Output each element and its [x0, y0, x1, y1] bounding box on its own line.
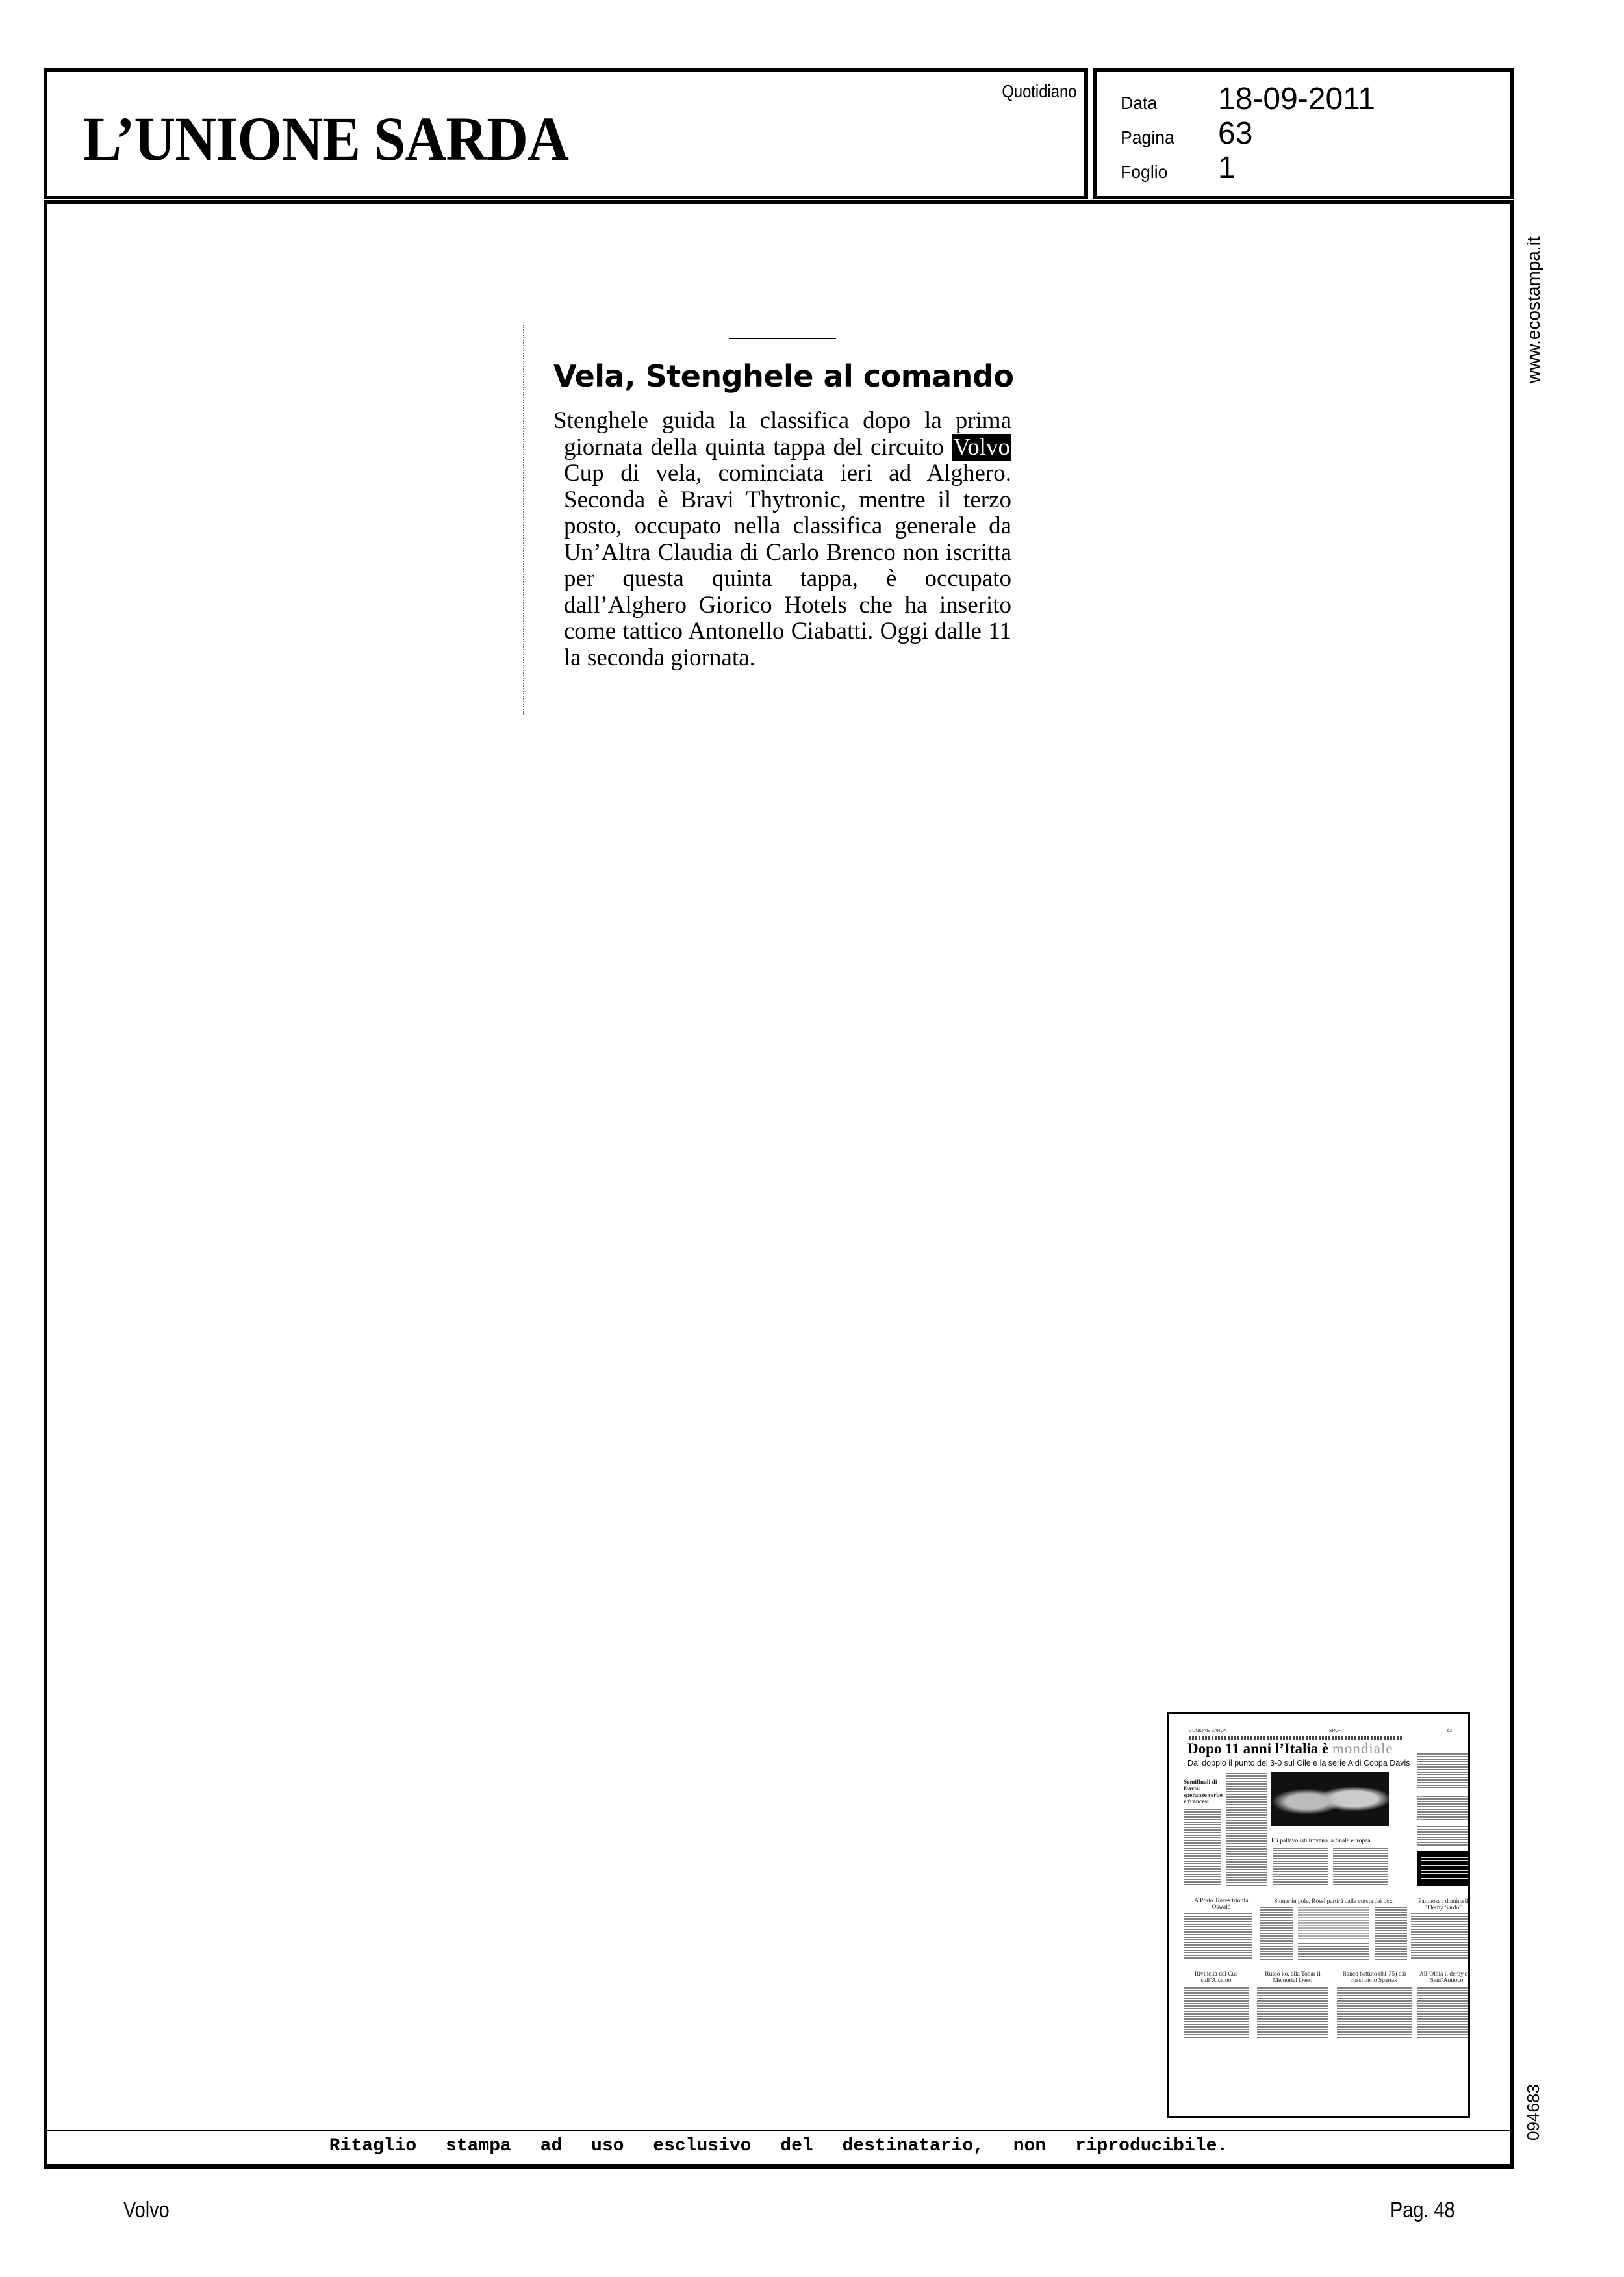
thumb-text-block	[1417, 1826, 1470, 1846]
thumb-row3-head: All’Olbia il derby con Sant’Antioco	[1417, 1971, 1470, 1984]
footer-page-number: Pag. 48	[1390, 2198, 1455, 2223]
thumb-text-block	[1257, 1987, 1328, 2039]
thumb-mid-head: E i pallavolisti trovano la finale europ…	[1271, 1838, 1370, 1844]
thumb-row3-head: Rivincita del Cus sull’Alcamo	[1184, 1971, 1249, 1984]
meta-value-sheet: 1	[1218, 150, 1236, 186]
periodicity-label: Quotidiano	[1002, 81, 1076, 102]
thumb-table	[1298, 1907, 1369, 1939]
meta-row-page: Pagina 63	[1121, 116, 1252, 151]
clipping-code-vertical: 094683	[1523, 2076, 1549, 2141]
thumb-topline: L'UNIONE SARDA SPORT 63	[1189, 1729, 1452, 1733]
article-column-rule	[523, 325, 524, 715]
thumb-text-block	[1411, 1913, 1470, 1960]
article-top-rule	[729, 338, 836, 339]
thumb-headline-text: Dopo 11 anni l’Italia è	[1187, 1740, 1328, 1757]
newspaper-masthead: L’UNIONE SARDA	[83, 108, 568, 170]
thumb-highlighted-article	[1417, 1851, 1470, 1886]
thumb-text-block	[1184, 1809, 1221, 1887]
thumb-text-block	[1421, 1855, 1470, 1882]
thumb-text-block	[1417, 1796, 1470, 1820]
thumb-text-block	[1337, 1987, 1412, 2039]
header-masthead-box: L’UNIONE SARDA Quotidiano	[44, 68, 1088, 199]
disclaimer-text: Ritaglio stampa ad uso esclusivo del des…	[47, 2136, 1510, 2156]
article-text: Stenghele guida la classifica dopo la pr…	[553, 407, 1011, 461]
thumb-row2-head: Pantuosco domina il "Derby Sardo"	[1411, 1898, 1470, 1911]
thumb-headline: Dopo 11 anni l’Italia è mondiale	[1187, 1740, 1393, 1757]
source-url-vertical: www.ecostampa.it	[1523, 214, 1549, 383]
header-meta-box: Data 18-09-2011 Pagina 63 Foglio 1	[1093, 68, 1514, 199]
thumb-text-block	[1417, 1753, 1470, 1789]
thumb-text-block	[1226, 1773, 1267, 1887]
meta-label: Foglio	[1121, 162, 1213, 183]
thumb-page-number: 63	[1447, 1729, 1452, 1733]
footer-keyword: Volvo	[123, 2198, 170, 2223]
thumb-row2-head: Stoner in pole, Rossi partirà dalla cors…	[1260, 1898, 1406, 1905]
thumb-text-block	[1184, 1913, 1252, 1960]
thumb-photo	[1271, 1772, 1389, 1826]
thumb-text-block	[1260, 1907, 1293, 1960]
thumb-kicker	[1189, 1736, 1403, 1740]
thumb-row2-head: A Porto Torres trionfa Oswald	[1189, 1898, 1254, 1911]
thumb-text-block	[1298, 1943, 1369, 1960]
thumb-text-block	[1273, 1848, 1328, 1887]
thumb-left-head: Semifinali di Davis: speranze serbe e fr…	[1184, 1779, 1223, 1805]
thumb-masthead: L'UNIONE SARDA	[1189, 1729, 1227, 1733]
clipping-code: 094683	[1523, 2084, 1543, 2141]
thumb-text-block	[1333, 1848, 1388, 1887]
thumb-text-block	[1417, 1987, 1470, 2039]
thumb-row3-head: Russo ko, alla Tobar il Memorial Dessì	[1257, 1971, 1328, 1984]
thumb-subhead: Dal doppio il punto del 3-0 sul Cile e l…	[1187, 1759, 1410, 1768]
source-url: www.ecostampa.it	[1523, 236, 1544, 383]
meta-value-date: 18-09-2011	[1218, 81, 1375, 117]
thumb-text-block	[1375, 1907, 1407, 1960]
page-thumbnail: L'UNIONE SARDA SPORT 63 Dopo 11 anni l’I…	[1167, 1712, 1470, 2118]
meta-row-sheet: Foglio 1	[1121, 150, 1236, 186]
thumb-section: SPORT	[1329, 1729, 1345, 1733]
keyword-highlight: Volvo	[952, 434, 1011, 461]
disclaimer-divider	[47, 2130, 1510, 2131]
article-text: Cup di vela, cominciata ieri ad Alghero.…	[564, 460, 1011, 671]
meta-value-page: 63	[1218, 116, 1252, 151]
meta-label: Data	[1121, 93, 1213, 114]
article-title: Vela, Stenghele al comando	[553, 359, 1013, 394]
thumb-row3-head: Banco battuto (81-75) dai russi dello Sp…	[1337, 1971, 1412, 1984]
article-paragraph: Stenghele guida la classifica dopo la pr…	[553, 408, 1011, 671]
article-body: Stenghele guida la classifica dopo la pr…	[553, 408, 1011, 671]
thumb-headline-ghost: mondiale	[1332, 1740, 1393, 1757]
meta-row-date: Data 18-09-2011	[1121, 81, 1375, 117]
thumb-text-block	[1184, 1987, 1249, 2039]
meta-label: Pagina	[1121, 127, 1213, 148]
